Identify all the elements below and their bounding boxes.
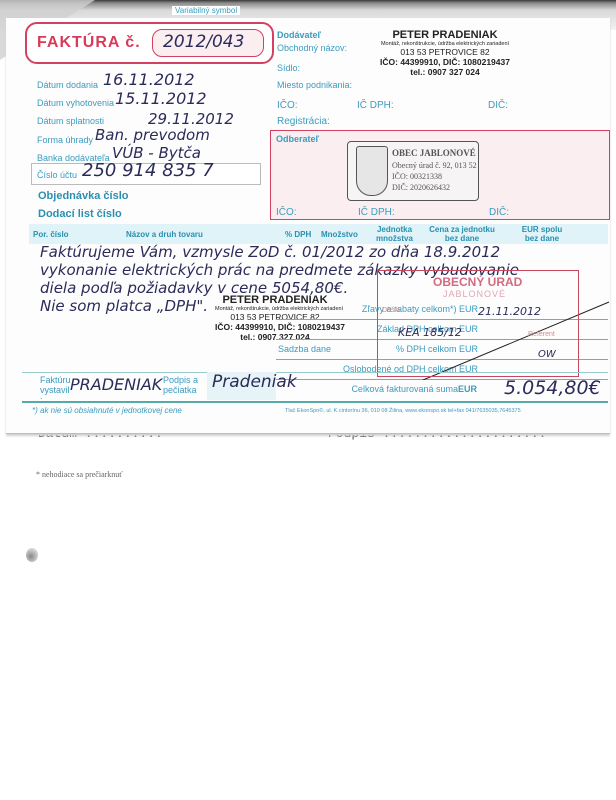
received-stamp-municipality: JABLONOVÉ [443,289,506,299]
customer-stamp-dic: DIČ: 2020626432 [392,183,450,192]
order-number-label: Objednávka číslo [38,190,128,202]
registration-label: Registrácia: [277,116,330,127]
invoice-title: FAKTÚRA č. [37,34,141,52]
supplier-heading: Dodávateľ [277,30,321,40]
signature-value: Pradeniak [212,372,297,392]
supplier-stamp-ids: IČO: 44399910, DIČ: 1080219437 [375,57,515,67]
customer-box: Odberateľ OBEC JABLONOVÉ Obecný úrad č. … [270,130,610,220]
col-header-quantity: Množstvo [321,230,358,239]
payment-form-value: Ban. prevodom [95,126,210,144]
customer-heading: Odberateľ [276,134,319,144]
issue-date-value: 15.11.2012 [115,89,207,108]
col-header-name: Názov a druh tovaru [126,230,203,239]
issued-by-label: Faktúru vystavil : [40,375,68,405]
variable-symbol-field: 2012/043 [152,29,264,57]
customer-stamp-address: Obecný úrad č. 92, 013 52 [392,161,477,170]
payment-form-label: Forma úhrady [37,135,93,145]
customer-stamp: OBEC JABLONOVÉ Obecný úrad č. 92, 013 52… [347,141,479,201]
supplier-stamp-name: PETER PRADENIAK [375,29,515,41]
variable-symbol-label: Variabilný symbol [172,6,240,15]
received-stamp-office: OBECNÝ ÚRAD [433,275,522,289]
due-date-label: Dátum splatnosti [37,116,104,126]
seat-label: Sídlo: [277,63,300,73]
business-place-label: Miesto podnikania: [277,80,352,90]
invoice-title-box: FAKTÚRA č. 2012/043 [25,22,274,64]
item-description-line-1: Faktúrujeme Vám, vzmysle ZoD č. 01/2012 … [40,243,500,261]
customer-stamp-name: OBEC JABLONOVÉ [392,148,476,158]
item-description-line-4: Nie som platca „DPH". [40,297,208,315]
footnote: *) ak nie sú obsiahnuté v jednotkovej ce… [32,406,182,415]
customer-stamp-ico: IČO: 00321338 [392,172,442,181]
col-header-unit: Jednotka množstva [372,225,417,243]
referent-label: Referent [528,331,555,338]
signature-label: Podpis a pečiatka [163,375,205,395]
vat-rate-label: Sadzba dane [278,344,331,354]
received-date: 21.11.2012 [478,305,541,318]
received-label: Došlo [382,307,400,314]
account-label: Číslo účtu [37,170,77,180]
account-value: 250 914 835 7 [82,160,214,181]
customer-icdph-label: IČ DPH: [358,207,395,218]
col-header-unit-price: Cena za jednotku bez dane [427,225,497,243]
col-header-vat: % DPH [285,230,311,239]
customer-ico-label: IČO: [276,207,297,218]
issue-date-label: Dátum vyhotovenia [37,98,114,108]
supplier-ico-label: IČO: [277,100,298,111]
received-stamp: OBECNÝ ÚRAD JABLONOVÉ Došlo 21.11.2012 K… [377,270,579,377]
supplier-stamp-address: 013 53 PETROVICE 82 [375,47,515,57]
supplier-stamp: PETER PRADENIAK Montáž, rekonštrukcie, ú… [375,29,515,77]
referent-initials: OW [538,349,556,360]
delivery-date-value: 16.11.2012 [103,70,195,89]
delivery-date-label: Dátum dodania [37,80,98,90]
supplier-stamp-phone: tel.: 0907 327 024 [375,67,515,77]
coat-of-arms-icon [356,146,388,196]
trade-name-label: Obchodný názov: [277,43,347,53]
variable-symbol-value: 2012/043 [163,32,244,52]
supplier-dic-label: DIČ: [488,100,508,111]
col-header-total: EUR spolu bez dane [517,225,567,243]
underlying-note: * nehodiace sa prečiarknuť [36,470,123,479]
supplier-icdph-label: IČ DPH: [357,100,394,111]
customer-dic-label: DIČ: [489,207,509,218]
issued-by-value: PRADENIAK [70,375,162,394]
registration-number: KEA 185/12 [398,326,462,339]
col-header-number: Por. číslo [33,230,69,239]
delivery-note-label: Dodací list číslo [38,208,122,220]
printer-info: Tlač EkonSpo©, ul. K cintorínu 36, 010 0… [285,408,521,414]
items-table-header: Por. číslo Názov a druh tovaru % DPH Mno… [29,224,608,244]
punch-hole [26,548,38,562]
